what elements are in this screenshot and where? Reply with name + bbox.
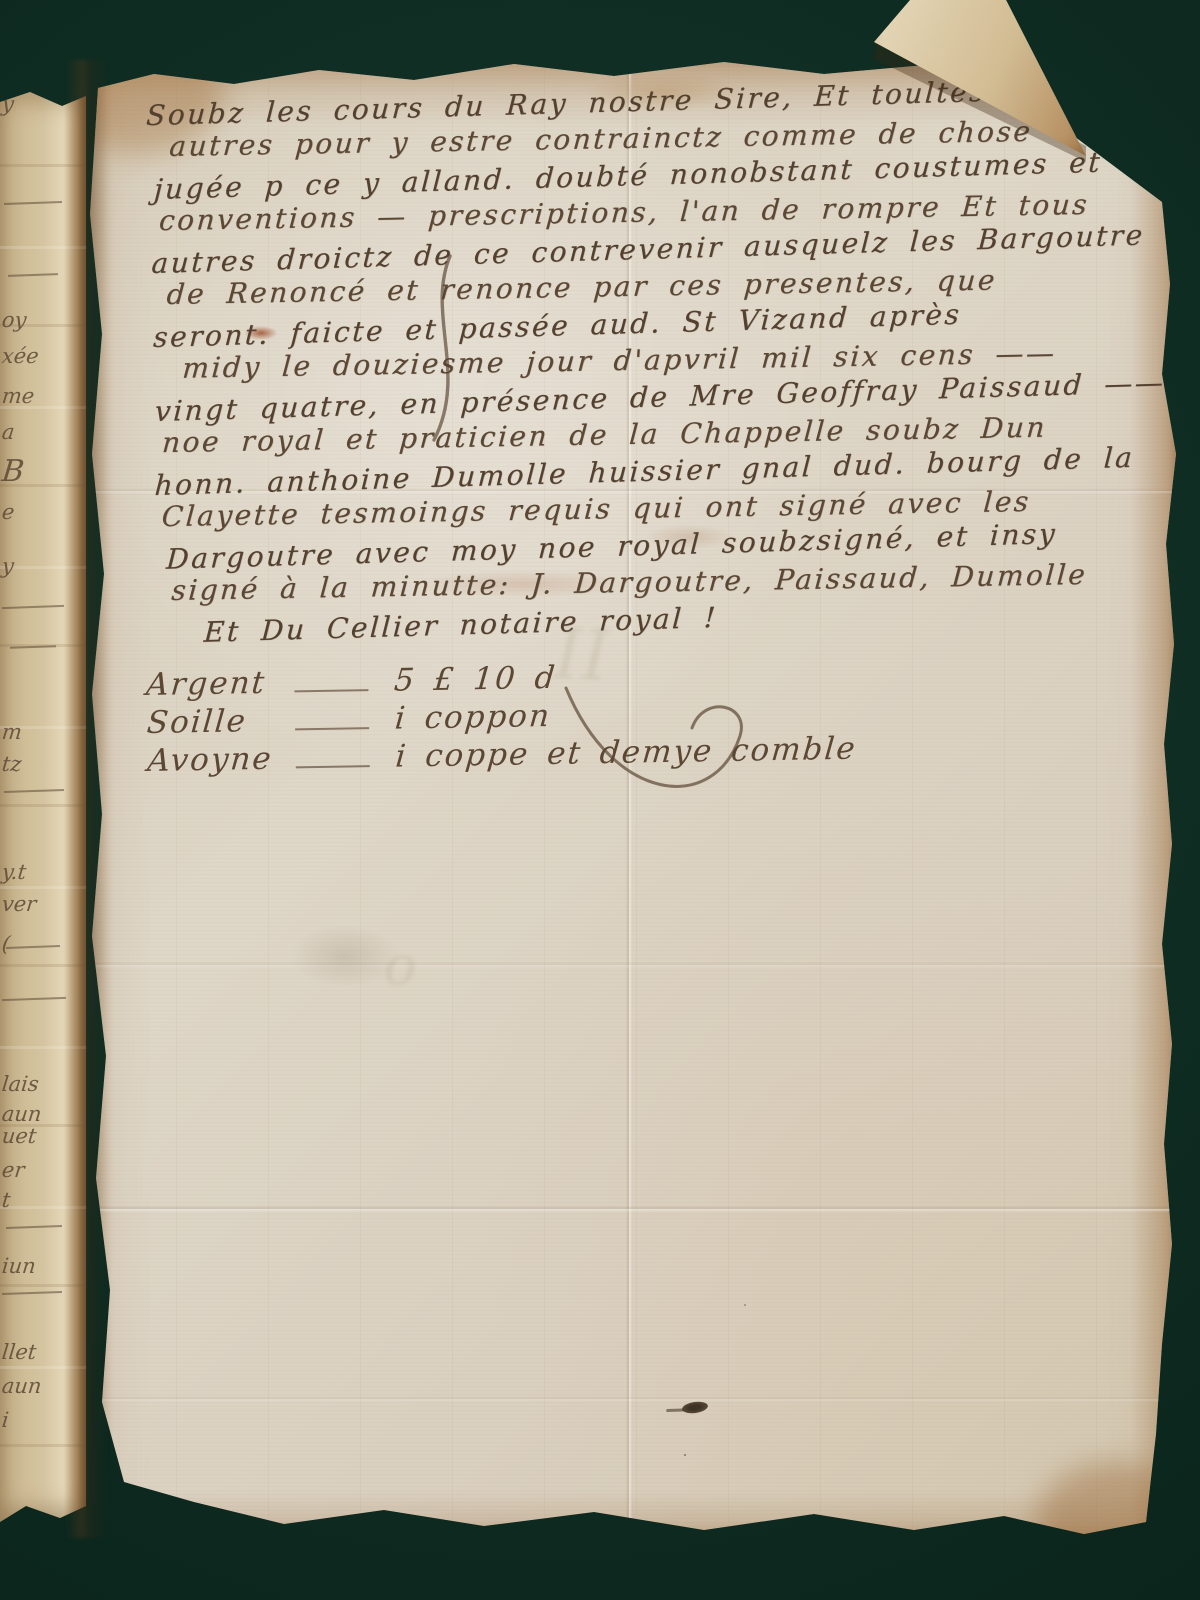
horizontal-crease	[84, 962, 1176, 968]
photograph-of-manuscript: y oy xée me a B e y m tz y.t ver ( lais …	[0, 0, 1200, 1600]
account-item: Soille	[145, 701, 296, 742]
ink-blot	[681, 1400, 708, 1415]
account-item: Avoyne	[146, 739, 297, 780]
cutoff-text-fragment: iun	[1, 1254, 37, 1278]
pen-dash	[294, 689, 368, 692]
cutoff-text-fragment: ver	[1, 892, 38, 916]
horizontal-crease	[84, 1396, 1176, 1402]
cutoff-text-fragment: me	[1, 384, 36, 408]
account-amount: 5 £ 10 d	[393, 659, 559, 700]
facing-page-edge: y oy xée me a B e y m tz y.t ver ( lais …	[0, 86, 86, 1528]
pen-dash	[296, 765, 370, 768]
cutoff-text-fragment: m	[1, 720, 23, 744]
manuscript-page: II o Soubz les cours du Ray nostre Sire,…	[84, 54, 1176, 1556]
cutoff-text-fragment: aun	[1, 1102, 43, 1126]
cutoff-text-fragment: er	[1, 1158, 26, 1182]
pen-dash	[295, 727, 369, 730]
cutoff-text-fragment: y	[1, 554, 15, 578]
fold-ridges	[0, 86, 86, 1528]
cutoff-text-fragment: oy	[1, 308, 28, 332]
cutoff-text-fragment: tz	[1, 752, 23, 776]
bleedthrough-ghost-text: o	[383, 933, 418, 997]
corner-discoloration	[1036, 1462, 1176, 1556]
cutoff-text-fragment: e	[1, 500, 16, 524]
paper-specks	[684, 1454, 686, 1456]
manuscript-text: Soubz les cours du Ray nostre Sire, Et t…	[146, 71, 1171, 649]
cutoff-text-fragment: y	[1, 92, 15, 116]
cutoff-text-fragment: aun	[1, 1374, 43, 1398]
cutoff-text-fragment: uet	[1, 1124, 38, 1148]
cutoff-text-fragment: xée	[1, 344, 40, 368]
account-list: Argent 5 £ 10 d Soille i coppon Avoyne i…	[146, 654, 857, 780]
account-amount: i coppon	[393, 697, 552, 738]
account-amount: i coppe et demye comble	[394, 730, 858, 776]
horizontal-crease	[84, 1206, 1176, 1212]
cutoff-text-fragment: lais	[1, 1072, 40, 1096]
account-item: Argent	[145, 663, 296, 704]
cutoff-text-fragment: y.t	[1, 860, 28, 884]
browned-edge-left	[84, 54, 114, 1556]
cutoff-text-fragment: llet	[1, 1340, 38, 1364]
cutoff-text-fragment: B	[1, 460, 26, 484]
cutoff-text-fragment: a	[1, 420, 16, 444]
